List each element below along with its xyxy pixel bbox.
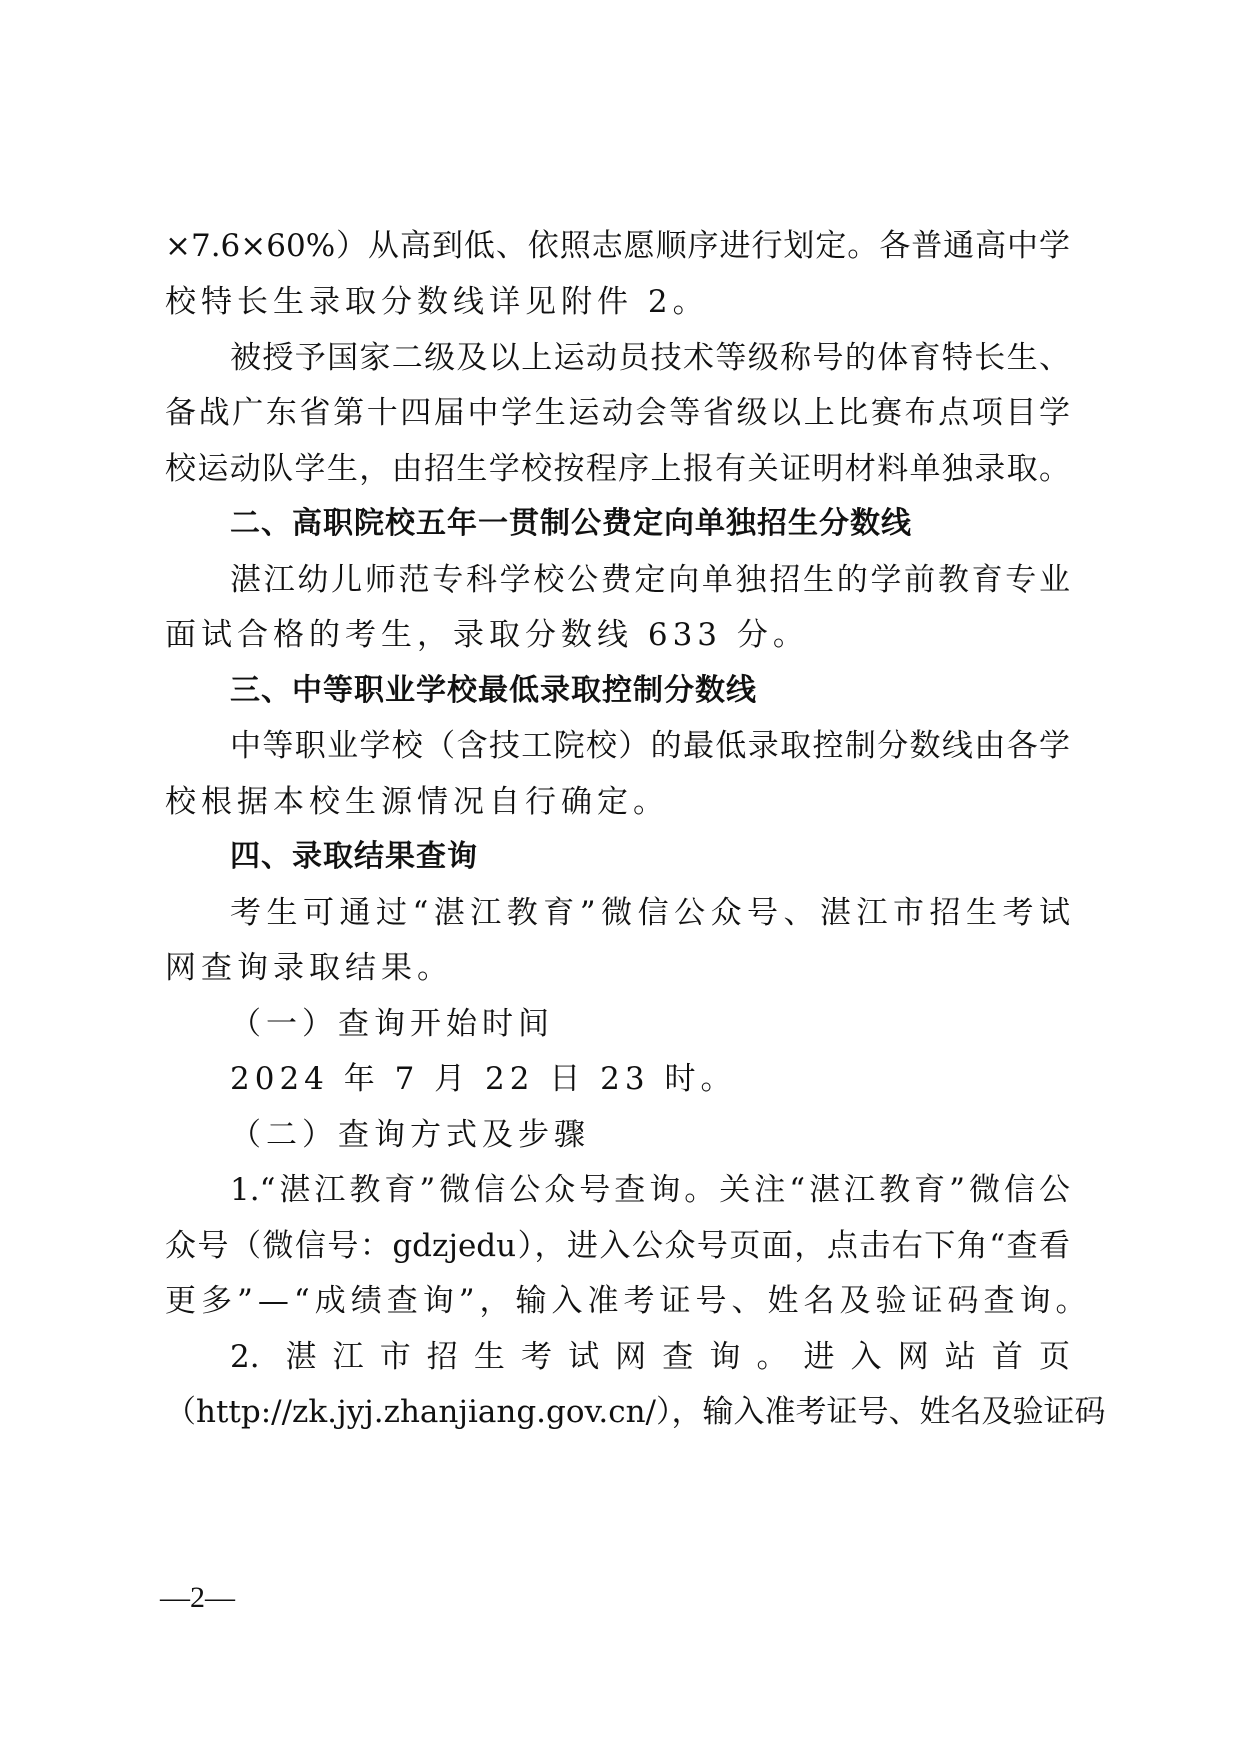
page-number: —2—	[160, 1578, 235, 1618]
paragraph-line: 更多”—“成绩查询”，输入准考证号、姓名及验证码查询。	[165, 1277, 1070, 1325]
paragraph-line: 校特长生录取分数线详见附件 2。	[165, 278, 1070, 326]
paragraph-line: 中等职业学校（含技工院校）的最低录取控制分数线由各学	[230, 722, 1070, 770]
section-heading-2: 二、高职院校五年一贯制公费定向单独招生分数线	[230, 500, 1070, 548]
paragraph-line: 备战广东省第十四届中学生运动会等省级以上比赛布点项目学	[165, 389, 1070, 437]
paragraph-line: 被授予国家二级及以上运动员技术等级称号的体育特长生、	[230, 334, 1070, 382]
paragraph-line: 网查询录取结果。	[165, 944, 1070, 992]
paragraph-line: 2. 湛江市招生考试网查询。进入网站首页	[230, 1333, 1070, 1381]
paragraph-line: 1.“湛江教育”微信公众号查询。关注“湛江教育”微信公	[230, 1166, 1070, 1214]
paragraph-line: 考生可通过“湛江教育”微信公众号、湛江市招生考试	[230, 889, 1070, 937]
paragraph-line: 湛江幼儿师范专科学校公费定向单独招生的学前教育专业	[230, 556, 1070, 604]
paragraph-line: ×7.6×60%）从高到低、依照志愿顺序进行划定。各普通高中学	[165, 222, 1070, 270]
paragraph-line: 校运动队学生，由招生学校按程序上报有关证明材料单独录取。	[165, 445, 1070, 493]
subsection-heading-1: （一）查询开始时间	[230, 1000, 1070, 1048]
document-page: ×7.6×60%）从高到低、依照志愿顺序进行划定。各普通高中学 校特长生录取分数…	[0, 0, 1240, 1754]
section-heading-4: 四、录取结果查询	[230, 833, 1070, 881]
query-start-time: 2024 年 7 月 22 日 23 时。	[230, 1055, 1070, 1103]
paragraph-line: 众号（微信号：gdzjedu），进入公众号页面，点击右下角“查看	[165, 1222, 1070, 1270]
subsection-heading-2: （二）查询方式及步骤	[230, 1111, 1070, 1159]
website-url-line: （http://zk.jyj.zhanjiang.gov.cn/），输入准考证号…	[165, 1388, 1070, 1436]
paragraph-line: 校根据本校生源情况自行确定。	[165, 778, 1070, 826]
section-heading-3: 三、中等职业学校最低录取控制分数线	[230, 667, 1070, 715]
paragraph-line: 面试合格的考生，录取分数线 633 分。	[165, 611, 1070, 659]
